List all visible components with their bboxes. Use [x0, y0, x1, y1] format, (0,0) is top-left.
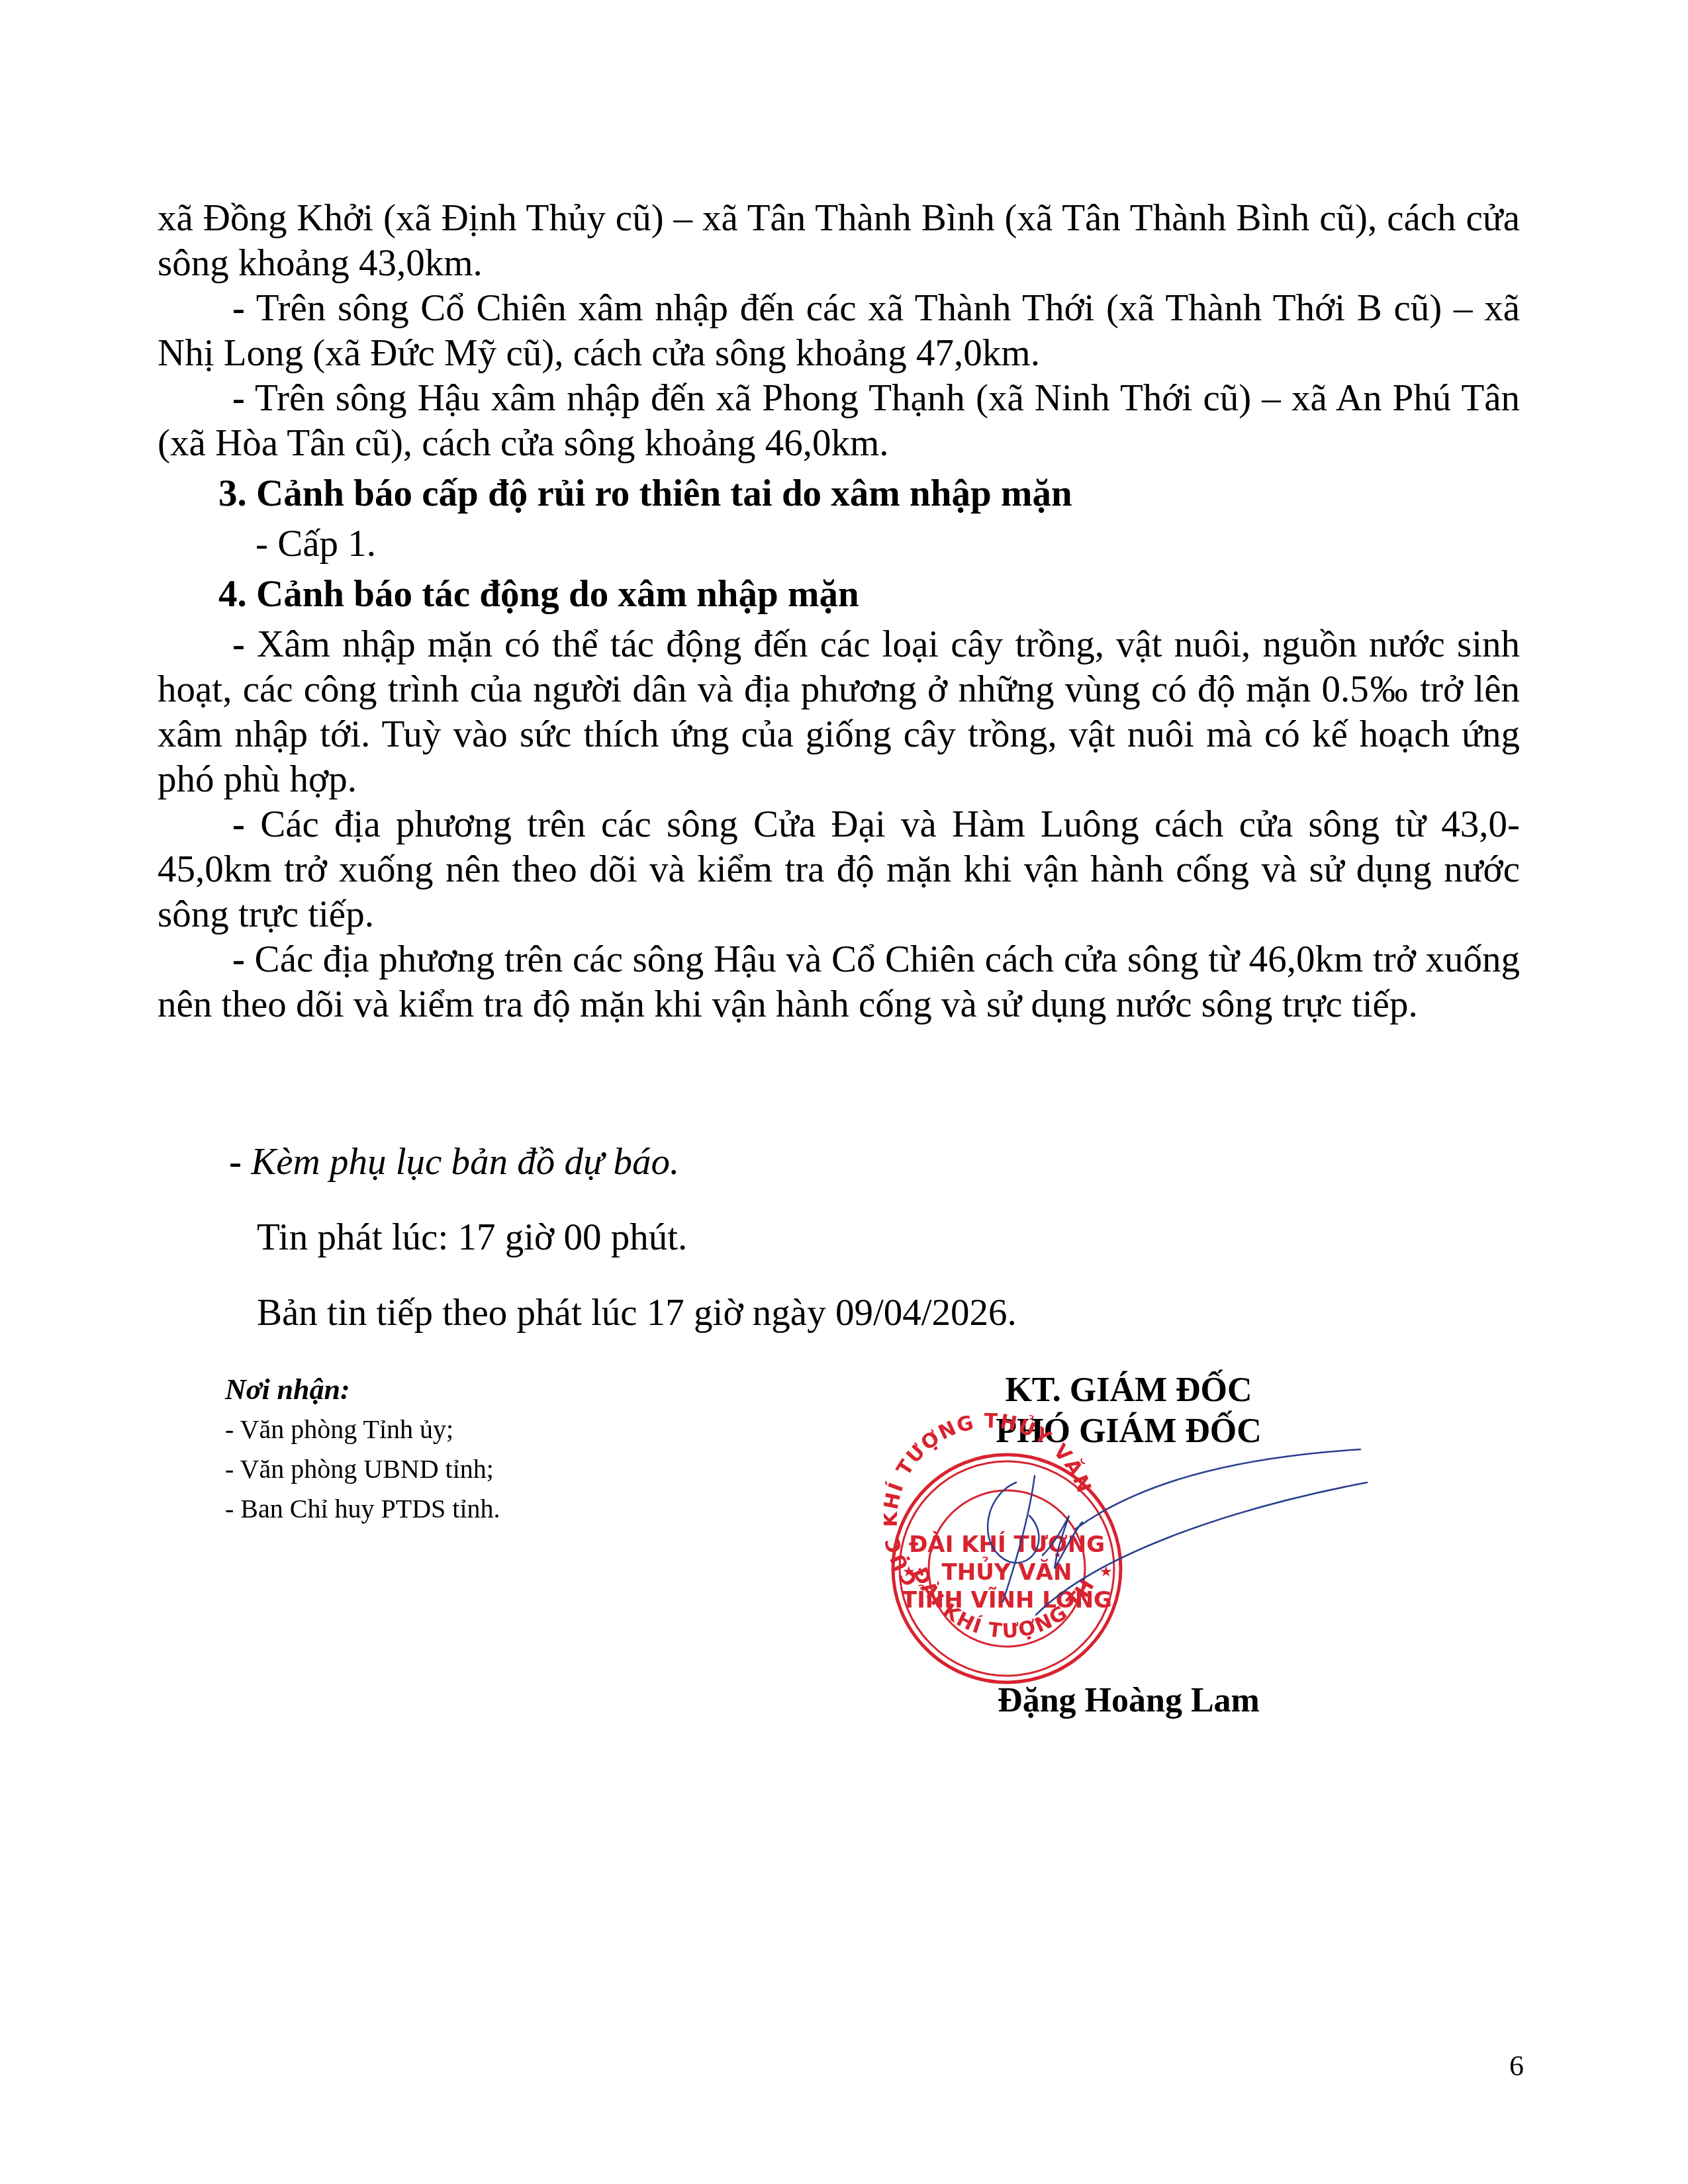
section-3-heading: 3. Cảnh báo cấp độ rủi ro thiên tai do x…: [158, 471, 1520, 516]
document-body: xã Đồng Khởi (xã Định Thủy cũ) – xã Tân …: [158, 196, 1520, 1027]
attachment-text: Kèm phụ lục bản đồ dự báo.: [242, 1141, 679, 1183]
paragraph-continued: xã Đồng Khởi (xã Định Thủy cũ) – xã Tân …: [158, 196, 1520, 286]
svg-text:★: ★: [902, 1564, 915, 1580]
impact-text: Xâm nhập mặn có thể tác động đến các loạ…: [158, 623, 1520, 800]
paragraph-co-chien: - Trên sông Cổ Chiên xâm nhập đến các xã…: [158, 286, 1520, 376]
recipient-item: - Văn phòng Tỉnh ủy;: [225, 1410, 500, 1449]
signer-name: Đặng Hoàng Lam: [884, 1681, 1374, 1720]
bullet-dash: -: [232, 287, 245, 329]
risk-level: - Cấp 1.: [158, 522, 1520, 567]
recipient-item: - Văn phòng UBND tỉnh;: [225, 1449, 500, 1489]
attachment-note: - Kèm phụ lục bản đồ dự báo.: [158, 1140, 679, 1185]
paragraph-text: Trên sông Hậu xâm nhập đến xã Phong Thạn…: [158, 377, 1520, 464]
impact-text: Các địa phương trên các sông Hậu và Cổ C…: [158, 938, 1520, 1025]
recipient-item: - Ban Chỉ huy PTDS tỉnh.: [225, 1489, 500, 1529]
impact-item: - Xâm nhập mặn có thể tác động đến các l…: [158, 622, 1520, 802]
recipients-title: Nơi nhận:: [225, 1370, 500, 1410]
bullet-dash: -: [232, 938, 245, 980]
svg-text:ĐÀI KHÍ TƯỢNG: ĐÀI KHÍ TƯỢNG: [909, 1531, 1105, 1558]
recipients-block: Nơi nhận: - Văn phòng Tỉnh ủy; - Văn phò…: [225, 1370, 500, 1529]
next-bulletin: Bản tin tiếp theo phát lúc 17 giờ ngày 0…: [158, 1291, 1017, 1336]
bullet-dash: -: [232, 803, 245, 845]
signature-block: KT. GIÁM ĐỐC PHÓ GIÁM ĐỐC CỤC KHÍ TƯỢNG …: [884, 1363, 1374, 1734]
bullet-dash: -: [232, 377, 245, 419]
paragraph-text: Trên sông Cổ Chiên xâm nhập đến các xã T…: [158, 287, 1520, 374]
impact-text: Các địa phương trên các sông Cửa Đại và …: [158, 803, 1520, 935]
bullet-dash: -: [232, 623, 245, 665]
section-4-heading: 4. Cảnh báo tác động do xâm nhập mặn: [158, 572, 1520, 617]
paragraph-hau: - Trên sông Hậu xâm nhập đến xã Phong Th…: [158, 376, 1520, 466]
impact-item: - Các địa phương trên các sông Hậu và Cổ…: [158, 937, 1520, 1027]
document-page: xã Đồng Khởi (xã Định Thủy cũ) – xã Tân …: [0, 0, 1688, 2184]
issued-time: Tin phát lúc: 17 giờ 00 phút.: [158, 1215, 687, 1260]
impact-item: - Các địa phương trên các sông Cửa Đại v…: [158, 802, 1520, 937]
bullet-dash: -: [229, 1141, 242, 1183]
page-number: 6: [1509, 2049, 1524, 2083]
official-stamp-icon: CỤC KHÍ TƯỢNG THỦY VĂN ĐÀI KHÍ TƯỢNG THỦ…: [884, 1363, 1374, 1734]
